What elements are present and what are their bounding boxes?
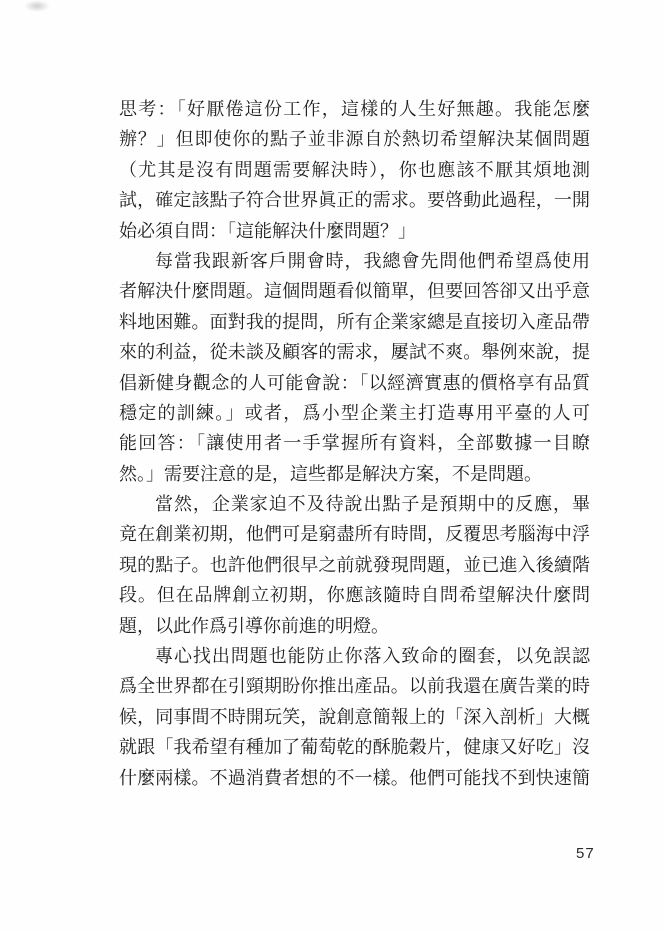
body-text: 思考：「好厭倦這份工作，這樣的人生好無趣。我能怎麼辦？」但即使你的點子並非源自於… [119,94,590,793]
text-line: 料地困難。面對我的提問，所有企業家總是直接切入產品帶 [119,307,590,337]
text-line: 現的點子。也許他們很早之前就發現問題，並已進入後續階 [119,550,590,580]
text-line: 試，確定該點子符合世界眞正的需求。要啓動此過程，一開 [119,185,590,215]
text-line: 來的利益，從未談及顧客的需求，屢試不爽。舉例來說，提 [119,337,590,367]
text-line: 者解決什麼問題。這個問題看似簡單，但要回答卻又出乎意 [119,276,590,306]
text-line: 然。」需要注意的是，這些都是解決方案，不是問題。 [119,459,590,489]
paragraph: 專心找出問題也能防止你落入致命的圈套，以免誤認爲全世界都在引頸期盼你推出產品。以… [119,641,590,793]
text-line: 什麼兩樣。不過消費者想的不一樣。他們可能找不到快速簡 [119,763,590,793]
paragraph: 當然，企業家迫不及待說出點子是預期中的反應，畢竟在創業初期，他們可是窮盡所有時間… [119,489,590,641]
text-line: 段。但在品牌創立初期，你應該隨時自問希望解決什麼問 [119,580,590,610]
text-line: 爲全世界都在引頸期盼你推出產品。以前我還在廣告業的時 [119,671,590,701]
text-line: （尤其是沒有問題需要解決時），你也應該不厭其煩地測 [119,155,590,185]
text-line: 能回答：「讓使用者一手掌握所有資料，全部數據一目瞭 [119,428,590,458]
text-line: 穩定的訓練。」或者，爲小型企業主打造專用平臺的人可 [119,398,590,428]
paragraph: 每當我跟新客戶開會時，我總會先問他們希望爲使用者解決什麼問題。這個問題看似簡單，… [119,246,590,489]
text-line: 辦？」但即使你的點子並非源自於熱切希望解決某個問題 [119,124,590,154]
text-line: 思考：「好厭倦這份工作，這樣的人生好無趣。我能怎麼 [119,94,590,124]
text-line: 候，同事間不時開玩笑，說創意簡報上的「深入剖析」大概 [119,702,590,732]
text-line: 始必須自問：「這能解決什麼問題？」 [119,216,590,246]
text-line: 就跟「我希望有種加了葡萄乾的酥脆穀片，健康又好吃」沒 [119,732,590,762]
text-line: 竟在創業初期，他們可是窮盡所有時間，反覆思考腦海中浮 [119,519,590,549]
book-page: 思考：「好厭倦這份工作，這樣的人生好無趣。我能怎麼辦？」但即使你的點子並非源自於… [0,0,663,932]
text-line: 題，以此作爲引導你前進的明燈。 [119,611,590,641]
paragraph: 思考：「好厭倦這份工作，這樣的人生好無趣。我能怎麼辦？」但即使你的點子並非源自於… [119,94,590,246]
text-line: 每當我跟新客戶開會時，我總會先問他們希望爲使用 [119,246,590,276]
text-line: 倡新健身觀念的人可能會說：「以經濟實惠的價格享有品質 [119,368,590,398]
scan-smudge [24,0,50,12]
text-line: 專心找出問題也能防止你落入致命的圈套，以免誤認 [119,641,590,671]
page-number: 57 [576,845,595,862]
text-line: 當然，企業家迫不及待說出點子是預期中的反應，畢 [119,489,590,519]
